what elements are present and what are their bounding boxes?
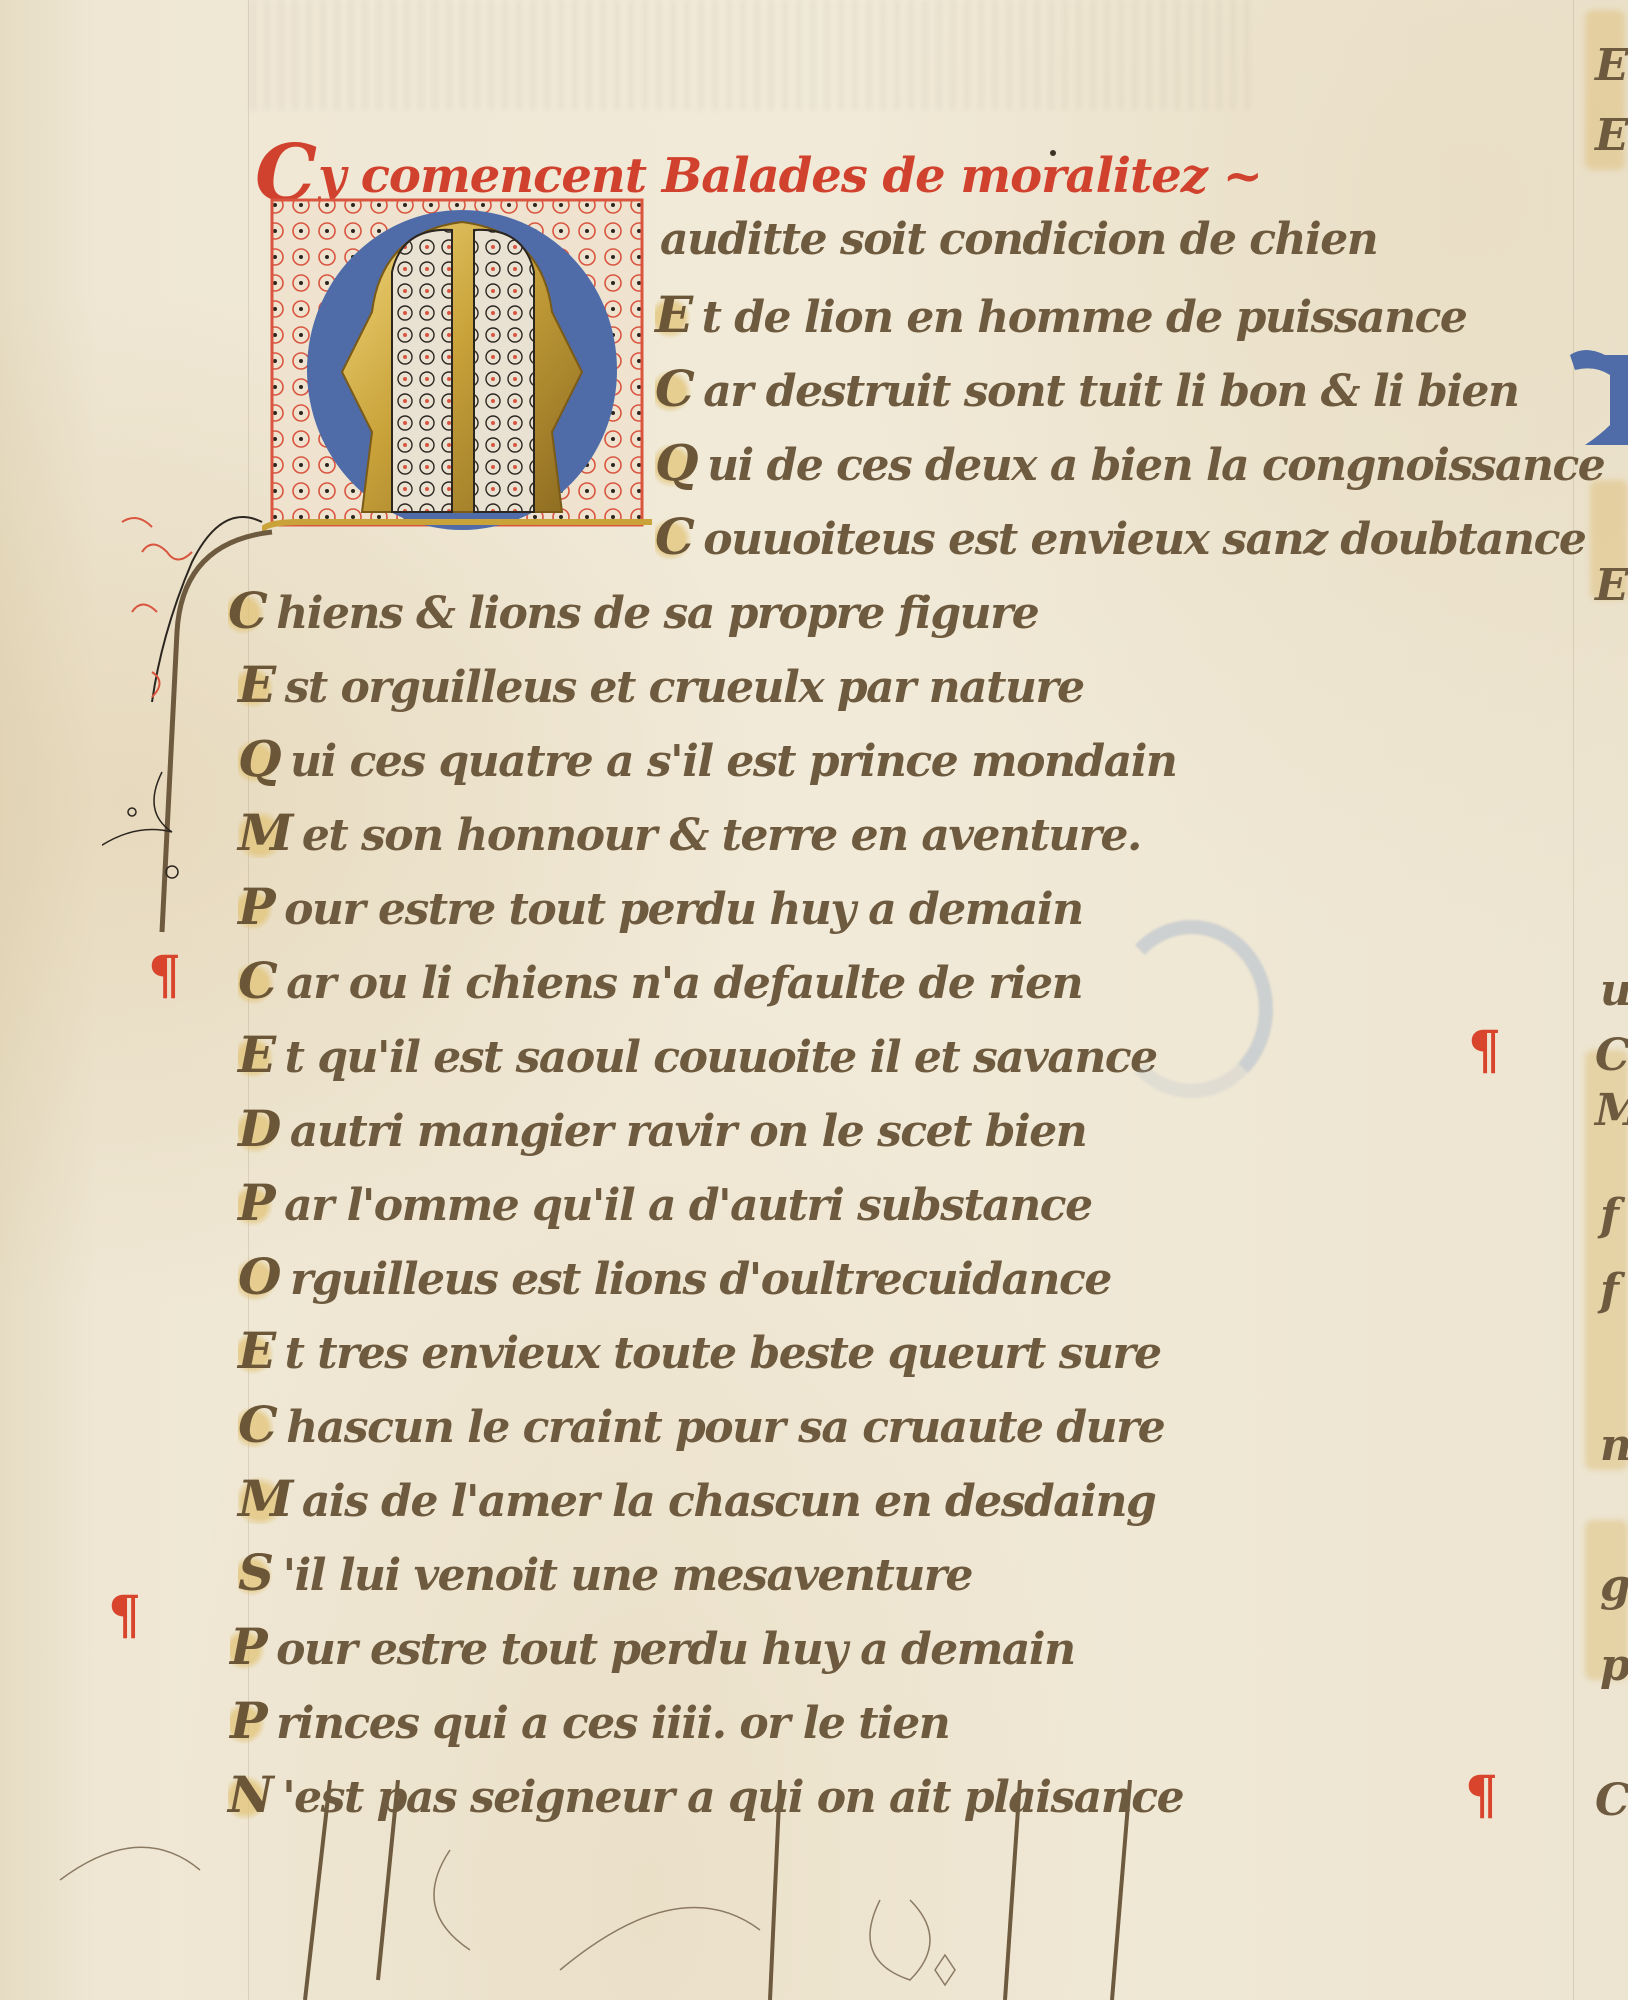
verse-line: Met son honnour & terre en aventure. — [238, 808, 1141, 858]
fragment-letter: u — [1600, 965, 1628, 1016]
verse-line: Et qu'il est saoul couuoite il et savanc… — [238, 1030, 1157, 1080]
line-initial: O — [238, 1252, 280, 1302]
fragment-letter: C — [1595, 1030, 1628, 1081]
line-initial: C — [238, 1400, 276, 1450]
verse-line: Princes qui a ces iiii. or le tien — [230, 1696, 949, 1746]
verse-line: Car destruit sont tuit li bon & li bien — [655, 364, 1519, 414]
verse-line: S'il lui venoit une mesaventure — [238, 1548, 972, 1598]
line-initial: Q — [655, 438, 697, 488]
verse-line: auditte soit condicion de chien — [660, 218, 1377, 262]
ruling-line — [1573, 0, 1574, 2000]
fragment-letter: E — [1595, 110, 1628, 161]
verse-line: Qui ces quatre a s'il est prince mondain — [238, 734, 1176, 784]
line-initial: M — [238, 1474, 292, 1524]
line-initial: C — [228, 586, 266, 636]
line-initial: P — [230, 1696, 266, 1746]
line-initial: E — [238, 1326, 275, 1376]
verse-line: Car ou li chiens n'a defaulte de rien — [238, 956, 1082, 1006]
line-initial: P — [238, 1178, 274, 1228]
fragment-letter: E — [1595, 40, 1628, 91]
verse-line: Pour estre tout perdu huy a demain — [230, 1622, 1075, 1672]
fragment-letter: E — [1595, 560, 1628, 611]
verse-line: Et tres envieux toute beste queurt sure — [238, 1326, 1161, 1376]
fragment-letter: g — [1600, 1560, 1628, 1611]
paragraph-mark: ¶ — [108, 1585, 141, 1646]
fragment-letter: f — [1600, 1190, 1619, 1241]
line-initial: D — [238, 1104, 280, 1154]
line-initial: C — [655, 364, 693, 414]
illuminated-initial-m — [262, 192, 652, 537]
fragment-letter: M — [1595, 1085, 1628, 1136]
fragment-letter: f — [1600, 1265, 1619, 1316]
verse-line: Mais de l'amer la chascun en desdaing — [238, 1474, 1155, 1524]
line-initial: E — [238, 1030, 275, 1080]
fragment-letter: p — [1600, 1640, 1628, 1691]
verse-line: Orguilleus est lions d'oultrecuidance — [238, 1252, 1111, 1302]
paragraph-mark: ¶ — [1468, 1020, 1501, 1081]
verse-line: Et de lion en homme de puissance — [655, 290, 1466, 340]
verse-line: Par l'omme qu'il a d'autri substance — [238, 1178, 1092, 1228]
show-through-text — [250, 0, 1250, 110]
manuscript-page: Cy comencent Balades de moralitez ~ — [0, 0, 1628, 2000]
line-initial: C — [238, 956, 276, 1006]
verse-line: Chascun le craint pour sa cruaute dure — [238, 1400, 1164, 1450]
verse-line: Est orguilleus et crueulx par nature — [238, 660, 1084, 710]
blue-initial-icon — [1565, 345, 1628, 450]
line-initial: P — [238, 882, 274, 932]
line-initial: Q — [238, 734, 280, 784]
fragment-letter: n — [1600, 1420, 1628, 1471]
descender-flourishes-icon — [0, 1780, 1628, 2000]
line-initial: E — [238, 660, 275, 710]
line-initial: M — [238, 808, 292, 858]
line-initial: S — [238, 1548, 273, 1598]
line-initial: E — [655, 290, 692, 340]
paragraph-mark: ¶ — [148, 945, 181, 1006]
line-initial: C — [655, 512, 693, 562]
line-initial: P — [230, 1622, 266, 1672]
verse-line: Qui de ces deux a bien la congnoissance — [655, 438, 1604, 488]
verse-line: Dautri mangier ravir on le scet bien — [238, 1104, 1086, 1154]
verse-line: Chiens & lions de sa propre figure — [228, 586, 1038, 636]
verse-line: Pour estre tout perdu huy a demain — [238, 882, 1083, 932]
show-through-initial — [1110, 920, 1273, 1098]
verse-line: Couuoiteus est envieux sanz doubtance — [655, 512, 1585, 562]
